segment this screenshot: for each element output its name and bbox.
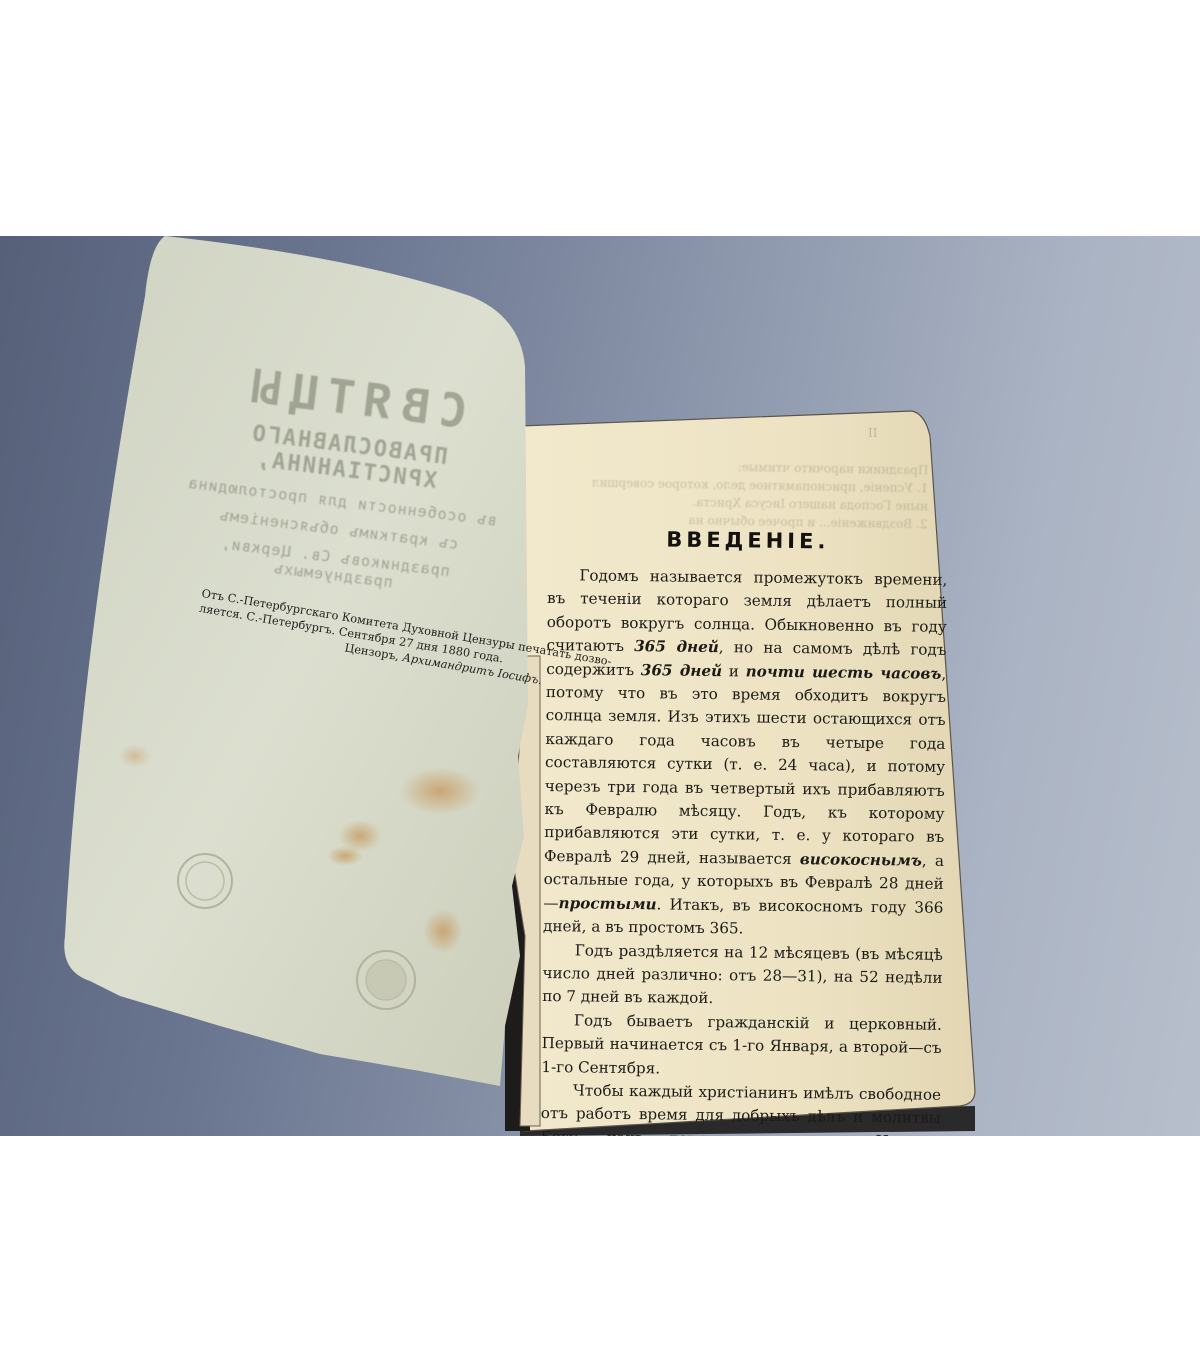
- right-page-text: ВВЕДЕНІЕ. Годомъ называется промежутокъ …: [539, 526, 948, 1136]
- chapter-heading: ВВЕДЕНІЕ.: [548, 526, 948, 555]
- ghost-page-number: II: [868, 426, 877, 440]
- book-photo: СВЯТЦЫ ПРАВОСЛАВНАГО ХРИСТІАНИНА, въ осо…: [0, 236, 1200, 1136]
- paragraph: Годъ раздѣляется на 12 мѣсяцевъ (въ мѣся…: [542, 938, 943, 1013]
- left-page-mirrored-title: СВЯТЦЫ ПРАВОСЛАВНАГО ХРИСТІАНИНА, въ осо…: [163, 351, 527, 605]
- body-paragraphs: Годомъ называется промежутокъ времени, в…: [539, 564, 948, 1136]
- paragraph: Чтобы каждый христіанинъ имѣлъ свободное…: [539, 1079, 941, 1136]
- paragraph: Годомъ называется промежутокъ времени, в…: [543, 564, 948, 943]
- right-page-ghost-text: Праздники нарочито чтимые: 1. Успенiе, п…: [547, 455, 928, 534]
- paragraph: Годъ бываетъ гражданскій и церковный. Пе…: [541, 1009, 942, 1084]
